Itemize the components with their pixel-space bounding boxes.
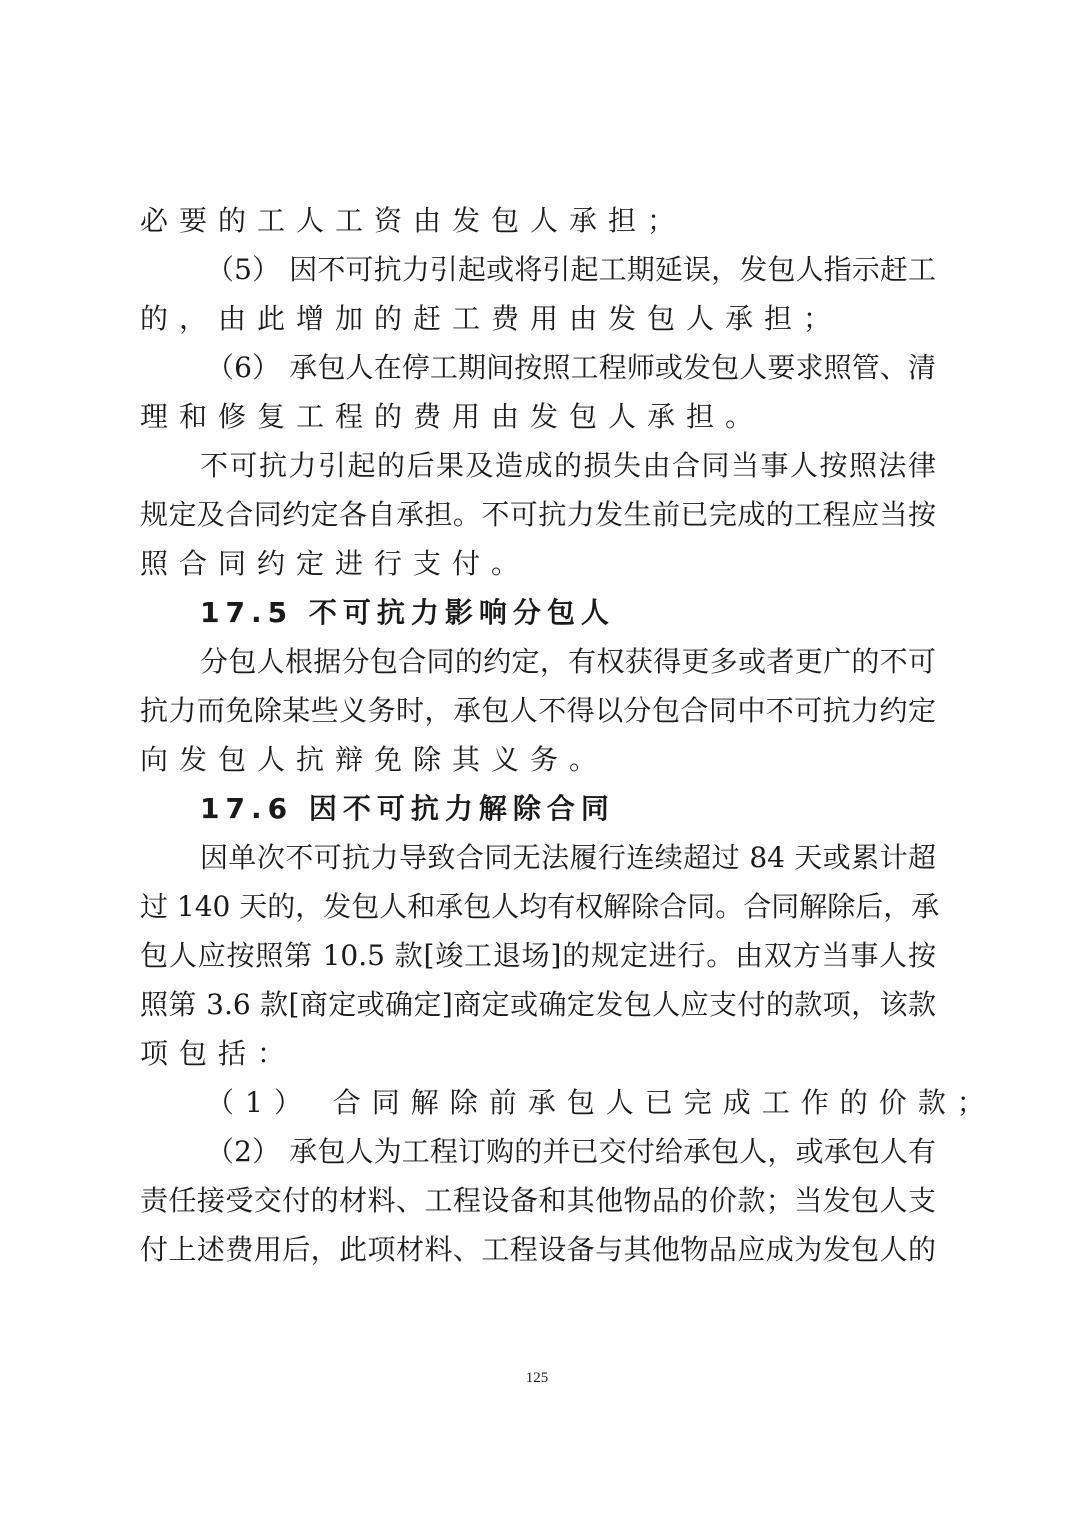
- document-body: 必要的工人工资由发包人承担； （5） 因不可抗力引起或将引起工期延误，发包人指示…: [140, 196, 936, 1274]
- section-heading-17-6: 17.6 因不可抗力解除合同: [140, 784, 936, 833]
- paragraph-line: 过 140 天的，发包人和承包人均有权解除合同。合同解除后，承: [140, 882, 936, 931]
- text-line: 的，由此增加的赶工费用由发包人承担；: [140, 294, 936, 343]
- paragraph-line: 向发包人抗辩免除其义务。: [140, 735, 936, 784]
- paragraph-line: 照合同约定进行支付。: [140, 539, 936, 588]
- paragraph-line: 照第 3.6 款[商定或确定]商定或确定发包人应支付的款项，该款: [140, 980, 936, 1029]
- paragraph-line: 抗力而免除某些义务时，承包人不得以分包合同中不可抗力约定: [140, 686, 936, 735]
- text-line: 理和修复工程的费用由发包人承担。: [140, 392, 936, 441]
- paragraph-line: 规定及合同约定各自承担。不可抗力发生前已完成的工程应当按: [140, 490, 936, 539]
- paragraph-line: 不可抗力引起的后果及造成的损失由合同当事人按照法律: [140, 441, 936, 490]
- paragraph-line: 责任接受交付的材料、工程设备和其他物品的价款；当发包人支: [140, 1176, 936, 1225]
- document-page: 必要的工人工资由发包人承担； （5） 因不可抗力引起或将引起工期延误，发包人指示…: [0, 0, 1074, 1520]
- paragraph-line: 付上述费用后，此项材料、工程设备与其他物品应成为发包人的: [140, 1225, 936, 1274]
- list-item-6: （6） 承包人在停工期间按照工程师或发包人要求照管、清: [140, 343, 936, 392]
- page-number: 125: [0, 1370, 1074, 1387]
- section-heading-17-5: 17.5 不可抗力影响分包人: [140, 588, 936, 637]
- list-item-1: （1） 合同解除前承包人已完成工作的价款；: [140, 1078, 936, 1127]
- list-item-2: （2） 承包人为工程订购的并已交付给承包人，或承包人有: [140, 1127, 936, 1176]
- paragraph-line: 因单次不可抗力导致合同无法履行连续超过 84 天或累计超: [140, 833, 936, 882]
- paragraph-line: 包人应按照第 10.5 款[竣工退场]的规定进行。由双方当事人按: [140, 931, 936, 980]
- list-item-5: （5） 因不可抗力引起或将引起工期延误，发包人指示赶工: [140, 245, 936, 294]
- paragraph-line: 项包括：: [140, 1029, 936, 1078]
- text-line: 必要的工人工资由发包人承担；: [140, 196, 936, 245]
- paragraph-line: 分包人根据分包合同的约定，有权获得更多或者更广的不可: [140, 637, 936, 686]
